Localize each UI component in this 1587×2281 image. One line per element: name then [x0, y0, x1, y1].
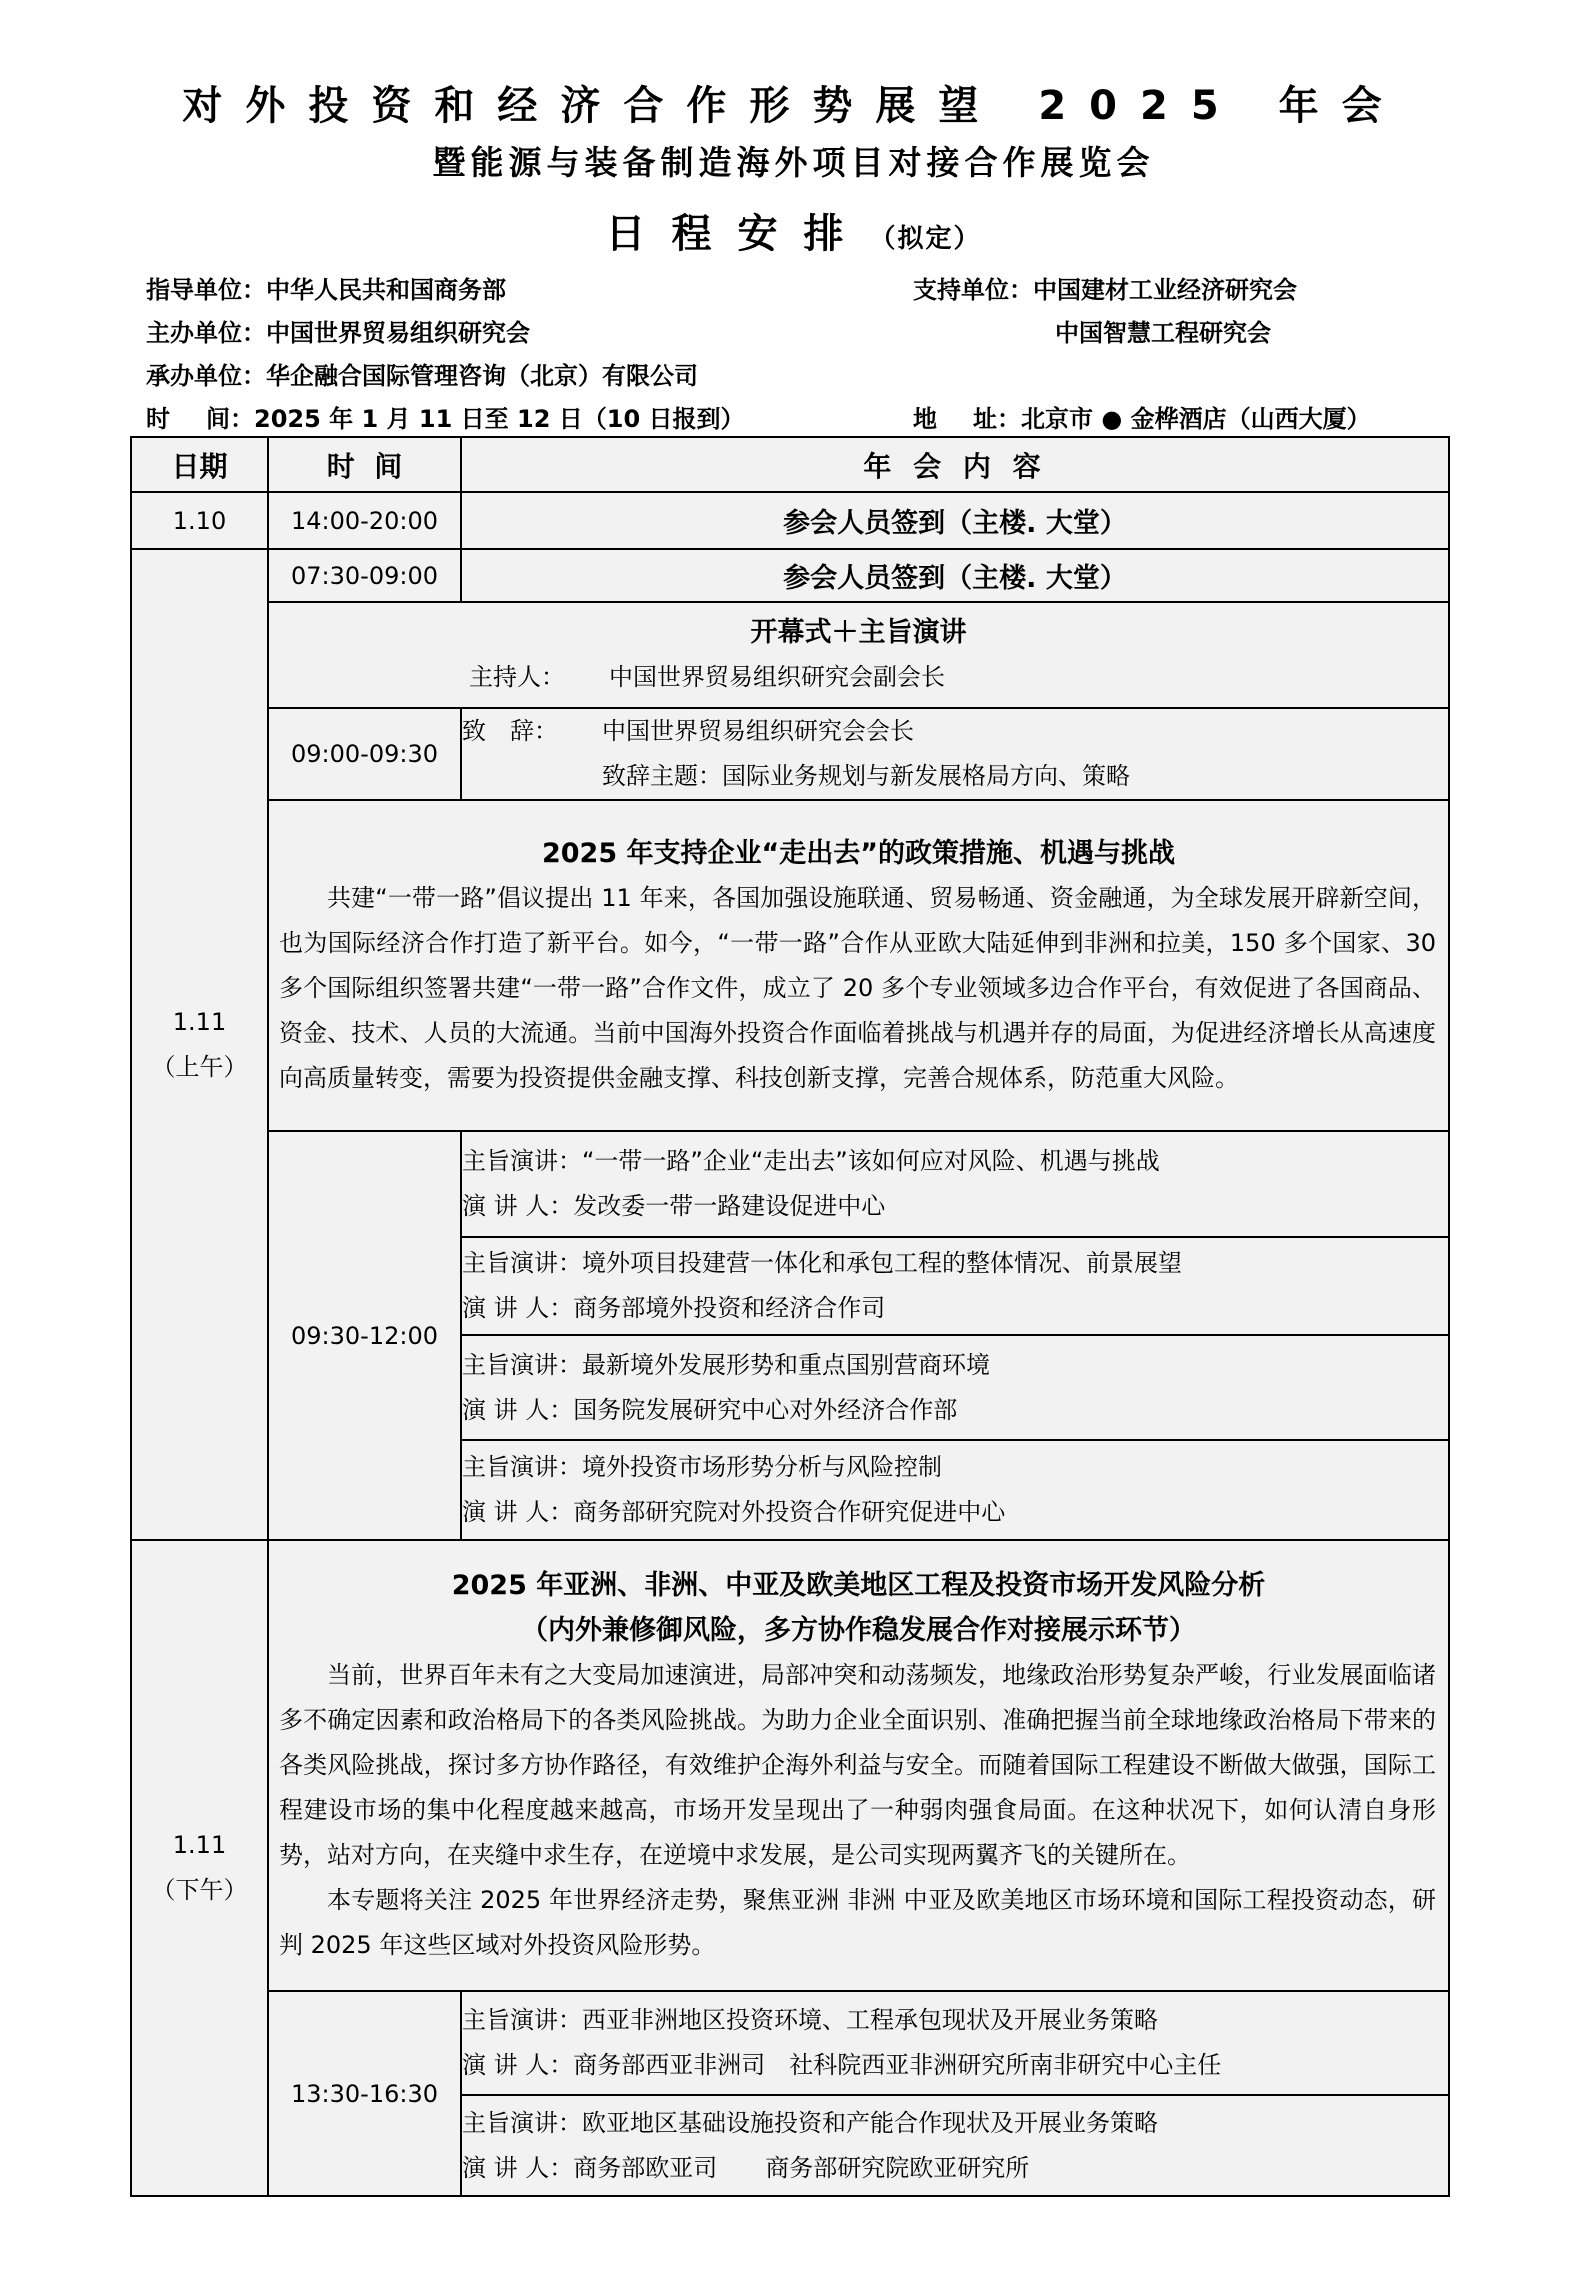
keynote-speaker-label: 演 讲 人：	[462, 1294, 573, 1322]
policy-cell: 2025 年支持企业“走出去”的政策措施、机遇与挑战 共建“一带一路”倡议提出 …	[268, 800, 1449, 1131]
keynote-speaker: 演 讲 人：商务部欧亚司 商务部研究院欧亚研究所	[462, 2146, 1448, 2191]
date-period: （上午）	[132, 1045, 267, 1090]
addr-label-1: 地	[913, 405, 973, 433]
keynote-speaker-label: 演 讲 人：	[462, 1396, 573, 1424]
header-date: 日期	[131, 437, 268, 492]
time-cell: 07:30-09:00	[268, 549, 461, 602]
policy-title: 2025 年支持企业“走出去”的政策措施、机遇与挑战	[269, 831, 1448, 876]
organizer-unit: 承办单位：华企融合国际管理咨询（北京）有限公司	[146, 360, 698, 392]
time-label-2: 间：	[206, 405, 254, 433]
keynote-topic-label: 主旨演讲：	[462, 1249, 582, 1277]
time-cell: 14:00-20:00	[268, 492, 461, 549]
table-row: 09:30-12:00 主旨演讲：“一带一路”企业“走出去”该如何应对风险、机遇…	[131, 1131, 1449, 1237]
support-unit-label: 支持单位：	[913, 276, 1033, 304]
keynote-cell: 主旨演讲：欧亚地区基础设施投资和产能合作现状及开展业务策略 演 讲 人：商务部欧…	[461, 2095, 1449, 2196]
date-cell: 1.10	[131, 492, 268, 549]
table-row: 2025 年支持企业“走出去”的政策措施、机遇与挑战 共建“一带一路”倡议提出 …	[131, 800, 1449, 1131]
host-unit-value: 中国世界贸易组织研究会	[266, 319, 530, 347]
host-unit-label: 主办单位：	[146, 319, 266, 347]
keynote-speaker-value: 发改委一带一路建设促进中心	[573, 1192, 885, 1220]
date-value: 1.11	[132, 1000, 267, 1045]
keynote-topic: 主旨演讲：欧亚地区基础设施投资和产能合作现状及开展业务策略	[462, 2101, 1448, 2146]
regional-title: 2025 年亚洲、非洲、中亚及欧美地区工程及投资市场开发风险分析	[269, 1563, 1448, 1608]
host-unit: 主办单位：中国世界贸易组织研究会	[146, 317, 530, 349]
speech-cell: 致 辞：中国世界贸易组织研究会会长 致辞主题：国际业务规划与新发展格局方向、策略	[461, 708, 1449, 800]
time-label-1: 时	[146, 405, 206, 433]
opening-cell: 开幕式＋主旨演讲 主持人：中国世界贸易组织研究会副会长	[268, 602, 1449, 708]
table-row: 1.11 （下午） 2025 年亚洲、非洲、中亚及欧美地区工程及投资市场开发风险…	[131, 1540, 1449, 1991]
organizer-unit-label: 承办单位：	[146, 362, 266, 390]
speech-topic: 致辞主题：国际业务规划与新发展格局方向、策略	[462, 754, 1448, 799]
keynote-topic-label: 主旨演讲：	[462, 2006, 582, 2034]
regional-subtitle: （内外兼修御风险，多方协作稳发展合作对接展示环节）	[269, 1608, 1448, 1653]
table-header-row: 日期 时 间 年 会 内 容	[131, 437, 1449, 492]
keynote-topic: 主旨演讲：境外项目投建营一体化和承包工程的整体情况、前景展望	[462, 1241, 1448, 1286]
table-row: 13:30-16:30 主旨演讲：西亚非洲地区投资环境、工程承包现状及开展业务策…	[131, 1991, 1449, 2095]
time-value: 2025 年 1 月 11 日至 12 日（10 日报到）	[254, 405, 745, 433]
keynote-speaker-value: 商务部西亚非洲司 社科院西亚非洲研究所南非研究中心主任	[573, 2051, 1221, 2079]
opening-host: 主持人：中国世界贸易组织研究会副会长	[269, 655, 1448, 700]
schedule-heading-text: 日程安排	[605, 211, 869, 257]
keynote-cell: 主旨演讲：境外项目投建营一体化和承包工程的整体情况、前景展望 演 讲 人：商务部…	[461, 1237, 1449, 1335]
keynote-topic-value: 境外项目投建营一体化和承包工程的整体情况、前景展望	[582, 1249, 1182, 1277]
keynote-speaker-value: 商务部研究院对外投资合作研究促进中心	[573, 1498, 1005, 1526]
date-cell: 1.11 （下午）	[131, 1540, 268, 2196]
schedule-table: 日期 时 间 年 会 内 容 1.10 14:00-20:00 参会人员签到（主…	[130, 436, 1450, 2197]
speech-label: 致 辞：	[462, 709, 602, 754]
regional-paragraph-2: 本专题将关注 2025 年世界经济走势，聚焦亚洲 非洲 中亚及欧美地区市场环境和…	[269, 1878, 1448, 1968]
header-time: 时 间	[268, 437, 461, 492]
keynote-speaker: 演 讲 人：商务部研究院对外投资合作研究促进中心	[462, 1490, 1448, 1535]
keynote-speaker-label: 演 讲 人：	[462, 1192, 573, 1220]
time-cell: 13:30-16:30	[268, 1991, 461, 2196]
schedule-heading: 日程安排（拟定）	[0, 206, 1587, 267]
support-unit-value-2: 中国智慧工程研究会	[1055, 317, 1271, 349]
keynote-topic: 主旨演讲：最新境外发展形势和重点国别营商环境	[462, 1343, 1448, 1388]
support-unit: 支持单位：中国建材工业经济研究会	[913, 274, 1297, 306]
keynote-topic: 主旨演讲：西亚非洲地区投资环境、工程承包现状及开展业务策略	[462, 1998, 1448, 2043]
keynote-topic-value: “一带一路”企业“走出去”该如何应对风险、机遇与挑战	[582, 1147, 1160, 1175]
addr-label-2: 址：	[973, 405, 1021, 433]
policy-paragraph: 共建“一带一路”倡议提出 11 年来，各国加强设施联通、贸易畅通、资金融通，为全…	[269, 876, 1448, 1101]
keynote-speaker: 演 讲 人：商务部境外投资和经济合作司	[462, 1286, 1448, 1331]
speech-value: 中国世界贸易组织研究会会长	[602, 717, 914, 745]
support-unit-value-1: 中国建材工业经济研究会	[1033, 276, 1297, 304]
keynote-topic-value: 欧亚地区基础设施投资和产能合作现状及开展业务策略	[582, 2109, 1158, 2137]
keynote-speaker-value: 商务部欧亚司 商务部研究院欧亚研究所	[573, 2154, 1029, 2182]
keynote-topic-label: 主旨演讲：	[462, 1453, 582, 1481]
keynote-speaker: 演 讲 人：国务院发展研究中心对外经济合作部	[462, 1388, 1448, 1433]
table-row: 09:00-09:30 致 辞：中国世界贸易组织研究会会长 致辞主题：国际业务规…	[131, 708, 1449, 800]
host-value: 中国世界贸易组织研究会副会长	[609, 663, 945, 691]
guide-unit: 指导单位：中华人民共和国商务部	[146, 274, 506, 306]
date-value: 1.11	[132, 1823, 267, 1868]
event-time: 时间：2025 年 1 月 11 日至 12 日（10 日报到）	[146, 403, 745, 435]
schedule-draft-note: （拟定）	[869, 224, 981, 254]
document-subtitle: 暨能源与装备制造海外项目对接合作展览会	[0, 140, 1587, 186]
host-label: 主持人：	[469, 655, 609, 700]
content-cell: 参会人员签到（主楼. 大堂）	[461, 492, 1449, 549]
keynote-topic-value: 境外投资市场形势分析与风险控制	[582, 1453, 942, 1481]
keynote-speaker: 演 讲 人：发改委一带一路建设促进中心	[462, 1184, 1448, 1229]
keynote-topic: 主旨演讲：“一带一路”企业“走出去”该如何应对风险、机遇与挑战	[462, 1139, 1448, 1184]
document-title: 对外投资和经济合作形势展望 2025 年会	[0, 78, 1587, 134]
keynote-topic-label: 主旨演讲：	[462, 2109, 582, 2137]
table-row: 1.11 （上午） 07:30-09:00 参会人员签到（主楼. 大堂）	[131, 549, 1449, 602]
event-address: 地址：北京市 ● 金桦酒店（山西大厦）	[913, 403, 1371, 435]
keynote-topic: 主旨演讲：境外投资市场形势分析与风险控制	[462, 1445, 1448, 1490]
keynote-cell: 主旨演讲：“一带一路”企业“走出去”该如何应对风险、机遇与挑战 演 讲 人：发改…	[461, 1131, 1449, 1237]
keynote-speaker-label: 演 讲 人：	[462, 1498, 573, 1526]
keynote-cell: 主旨演讲：境外投资市场形势分析与风险控制 演 讲 人：商务部研究院对外投资合作研…	[461, 1440, 1449, 1540]
keynote-topic-label: 主旨演讲：	[462, 1351, 582, 1379]
organizer-unit-value: 华企融合国际管理咨询（北京）有限公司	[266, 362, 698, 390]
guide-unit-value: 中华人民共和国商务部	[266, 276, 506, 304]
content-cell: 参会人员签到（主楼. 大堂）	[461, 549, 1449, 602]
keynote-topic-value: 西亚非洲地区投资环境、工程承包现状及开展业务策略	[582, 2006, 1158, 2034]
keynote-speaker-label: 演 讲 人：	[462, 2051, 573, 2079]
keynote-speaker-value: 商务部境外投资和经济合作司	[573, 1294, 885, 1322]
keynote-speaker-label: 演 讲 人：	[462, 2154, 573, 2182]
keynote-cell: 主旨演讲：西亚非洲地区投资环境、工程承包现状及开展业务策略 演 讲 人：商务部西…	[461, 1991, 1449, 2095]
keynote-topic-value: 最新境外发展形势和重点国别营商环境	[582, 1351, 990, 1379]
keynote-cell: 主旨演讲：最新境外发展形势和重点国别营商环境 演 讲 人：国务院发展研究中心对外…	[461, 1335, 1449, 1440]
keynote-speaker-value: 国务院发展研究中心对外经济合作部	[573, 1396, 957, 1424]
regional-cell: 2025 年亚洲、非洲、中亚及欧美地区工程及投资市场开发风险分析 （内外兼修御风…	[268, 1540, 1449, 1991]
time-cell: 09:30-12:00	[268, 1131, 461, 1540]
table-row: 1.10 14:00-20:00 参会人员签到（主楼. 大堂）	[131, 492, 1449, 549]
date-cell: 1.11 （上午）	[131, 549, 268, 1540]
time-cell: 09:00-09:30	[268, 708, 461, 800]
keynote-speaker: 演 讲 人：商务部西亚非洲司 社科院西亚非洲研究所南非研究中心主任	[462, 2043, 1448, 2088]
opening-title: 开幕式＋主旨演讲	[269, 610, 1448, 655]
date-period: （下午）	[132, 1868, 267, 1913]
keynote-topic-label: 主旨演讲：	[462, 1147, 582, 1175]
guide-unit-label: 指导单位：	[146, 276, 266, 304]
regional-paragraph-1: 当前，世界百年未有之大变局加速演进，局部冲突和动荡频发，地缘政治形势复杂严峻，行…	[269, 1653, 1448, 1878]
header-content: 年 会 内 容	[461, 437, 1449, 492]
speech-line: 致 辞：中国世界贸易组织研究会会长	[462, 709, 1448, 754]
table-row: 开幕式＋主旨演讲 主持人：中国世界贸易组织研究会副会长	[131, 602, 1449, 708]
addr-value: 北京市 ● 金桦酒店（山西大厦）	[1021, 405, 1371, 433]
